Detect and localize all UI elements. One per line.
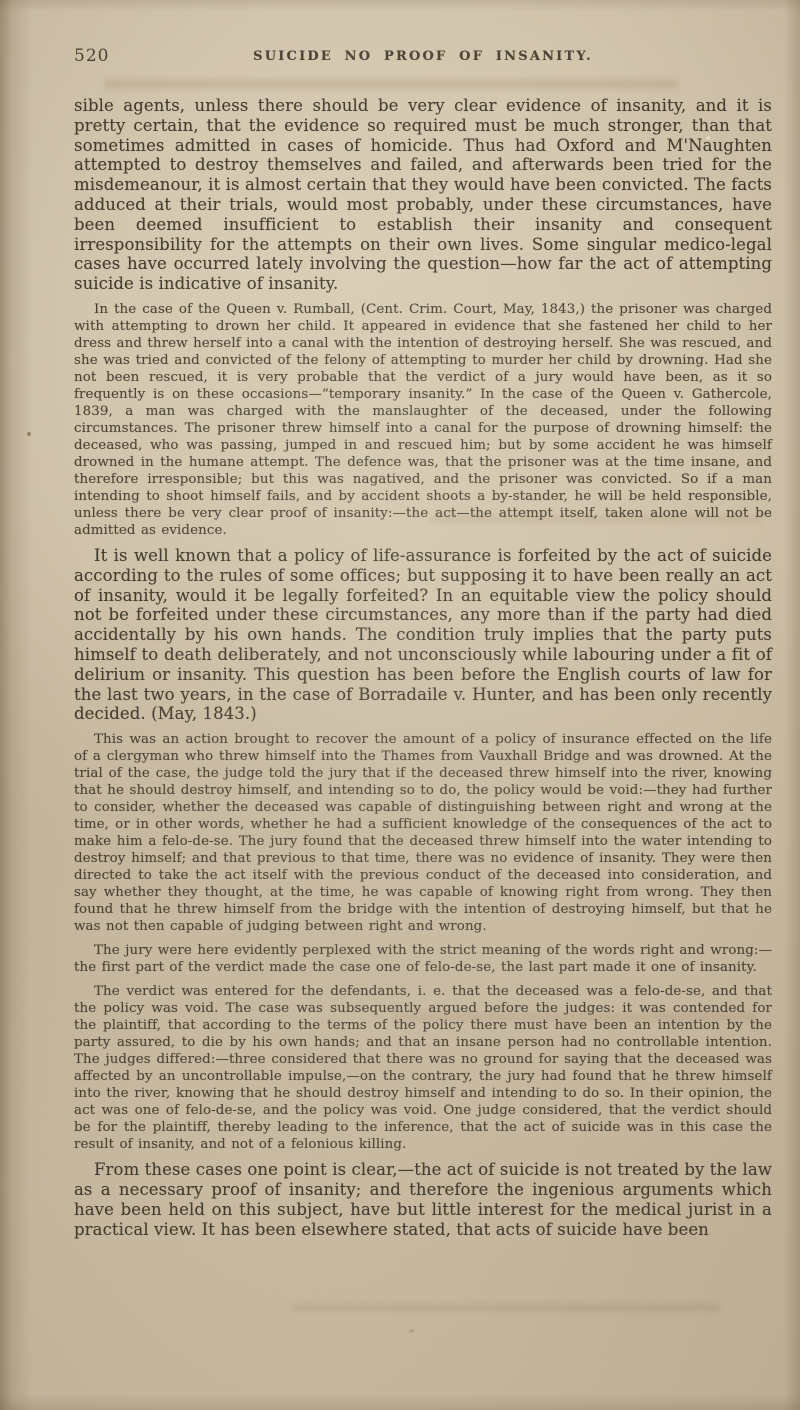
page-gutter-shadow — [0, 0, 32, 1410]
paragraph-main: It is well known that a policy of life-a… — [74, 546, 772, 724]
ink-speck — [27, 432, 31, 436]
paragraph-small: This was an action brought to recover th… — [74, 731, 772, 935]
page-edge-shadow-top — [0, 0, 800, 12]
paragraph-small: The jury were here evidently perplexed w… — [74, 942, 772, 976]
book-page-scan: 520 SUICIDE NO PROOF OF INSANITY. sible … — [0, 0, 800, 1410]
page-edge-shadow-right — [784, 0, 800, 1410]
paragraph-main: From these cases one point is clear,—the… — [74, 1160, 772, 1239]
paragraph-small: The verdict was entered for the defendan… — [74, 983, 772, 1153]
show-through-ghost — [104, 79, 678, 89]
paragraph-main: sible agents, unless there should be ver… — [74, 96, 772, 294]
ink-speck — [409, 1329, 414, 1333]
paragraph-small: In the case of the Queen v. Rumball, (Ce… — [74, 301, 772, 539]
text-column: sible agents, unless there should be ver… — [74, 96, 772, 1239]
running-head: SUICIDE NO PROOF OF INSANITY. — [74, 49, 772, 64]
page-edge-shadow-bottom — [0, 1394, 800, 1410]
page-header: 520 SUICIDE NO PROOF OF INSANITY. — [74, 46, 772, 68]
show-through-ghost — [292, 1303, 720, 1312]
